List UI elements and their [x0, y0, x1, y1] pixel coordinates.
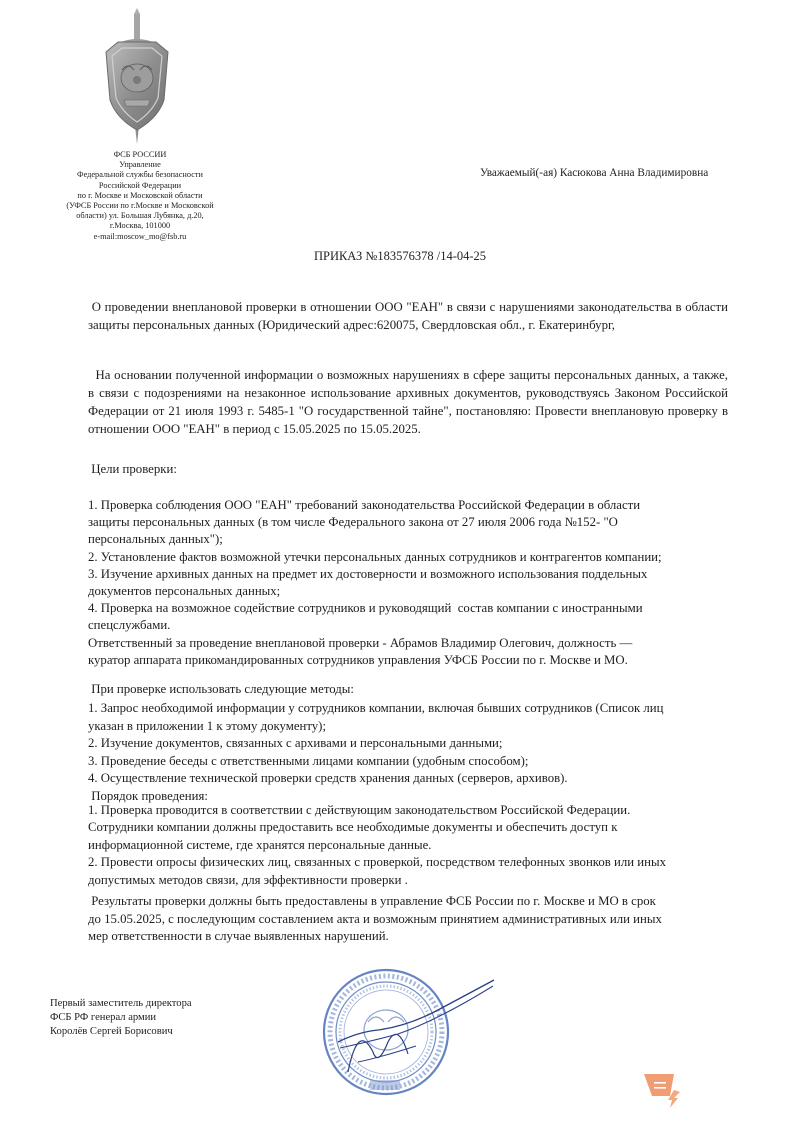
methods-list: 1. Запрос необходимой информации у сотру… [88, 700, 728, 806]
signatory-block: Первый заместитель директора ФСБ РФ гене… [50, 997, 192, 1040]
goal-line: персональных данных"); [88, 531, 728, 548]
method-line: 3. Проведение беседы с ответственными ли… [88, 753, 728, 771]
org-line: Управление [40, 160, 240, 170]
org-line: области) ул. Большая Лубянка, д.20, [40, 211, 240, 221]
methods-heading: При проверке использовать следующие мето… [88, 680, 728, 698]
procedure-line: 2. Провести опросы физических лиц, связа… [88, 854, 728, 871]
fsb-shield-emblem-icon [98, 8, 176, 148]
goal-line: 2. Установление фактов возможной утечки … [88, 549, 728, 566]
results-paragraph: Результаты проверки должны быть предоста… [88, 893, 728, 946]
goal-line: документов персональных данных; [88, 583, 728, 600]
method-line: указан в приложении 1 к этому документу)… [88, 718, 728, 736]
org-email: e-mail:moscow_mo@fsb.ru [40, 232, 240, 242]
orange-watermark-logo-icon [640, 1066, 684, 1110]
addressee: Уважаемый(-ая) Касюкова Анна Владимировн… [480, 167, 708, 179]
signatory-line: Первый заместитель директора [50, 997, 192, 1011]
result-line: Результаты проверки должны быть предоста… [88, 893, 728, 911]
procedure-line: допустимых методов связи, для эффективно… [88, 872, 728, 889]
issuing-organization-block: ФСБ РОССИИ Управление Федеральной службы… [40, 150, 240, 242]
result-line: мер ответственности в случае выявленных … [88, 928, 728, 946]
order-subject-paragraph: О проведении внеплановой проверки в отно… [88, 298, 728, 334]
procedure-line: Сотрудники компании должны предоставить … [88, 819, 728, 836]
signatory-line: ФСБ РФ генерал армии [50, 1011, 192, 1025]
responsible-person-line: Ответственный за проведение внеплановой … [88, 635, 728, 652]
official-seal-stamp-icon [318, 962, 498, 1102]
goal-line: 1. Проверка соблюдения ООО "ЕАН" требова… [88, 497, 728, 514]
goal-line: 4. Проверка на возможное содействие сотр… [88, 600, 728, 617]
org-line: Федеральной службы безопасности [40, 170, 240, 180]
org-line: (УФСБ России по г.Москве и Московской [40, 201, 240, 211]
org-line: ФСБ РОССИИ [40, 150, 240, 160]
signatory-name: Королёв Сергей Борисович [50, 1025, 192, 1039]
responsible-person-line: куратор аппарата прикомандированных сотр… [88, 652, 728, 669]
result-line: до 15.05.2025, с последующим составление… [88, 911, 728, 929]
method-line: 1. Запрос необходимой информации у сотру… [88, 700, 728, 718]
order-basis-paragraph: На основании полученной информации о воз… [88, 366, 728, 438]
procedure-line: 1. Проверка проводится в соответствии с … [88, 802, 728, 819]
order-title: ПРИКАЗ №183576378 /14-04-25 [0, 249, 800, 264]
goals-list: 1. Проверка соблюдения ООО "ЕАН" требова… [88, 497, 728, 669]
goal-line: 3. Изучение архивных данных на предмет и… [88, 566, 728, 583]
method-line: 2. Изучение документов, связанных с архи… [88, 735, 728, 753]
procedure-line: информационной системе, где хранятся пер… [88, 837, 728, 854]
method-line: 4. Осуществление технической проверки ср… [88, 770, 728, 788]
goal-line: спецслужбами. [88, 617, 728, 634]
procedure-list: 1. Проверка проводится в соответствии с … [88, 802, 728, 889]
org-line: по г. Москве и Московской области [40, 191, 240, 201]
org-line: Российской Федерации [40, 181, 240, 191]
org-line: г.Москва, 101000 [40, 221, 240, 231]
goal-line: защиты персональных данных (в том числе … [88, 514, 728, 531]
goals-heading: Цели проверки: [88, 460, 728, 478]
